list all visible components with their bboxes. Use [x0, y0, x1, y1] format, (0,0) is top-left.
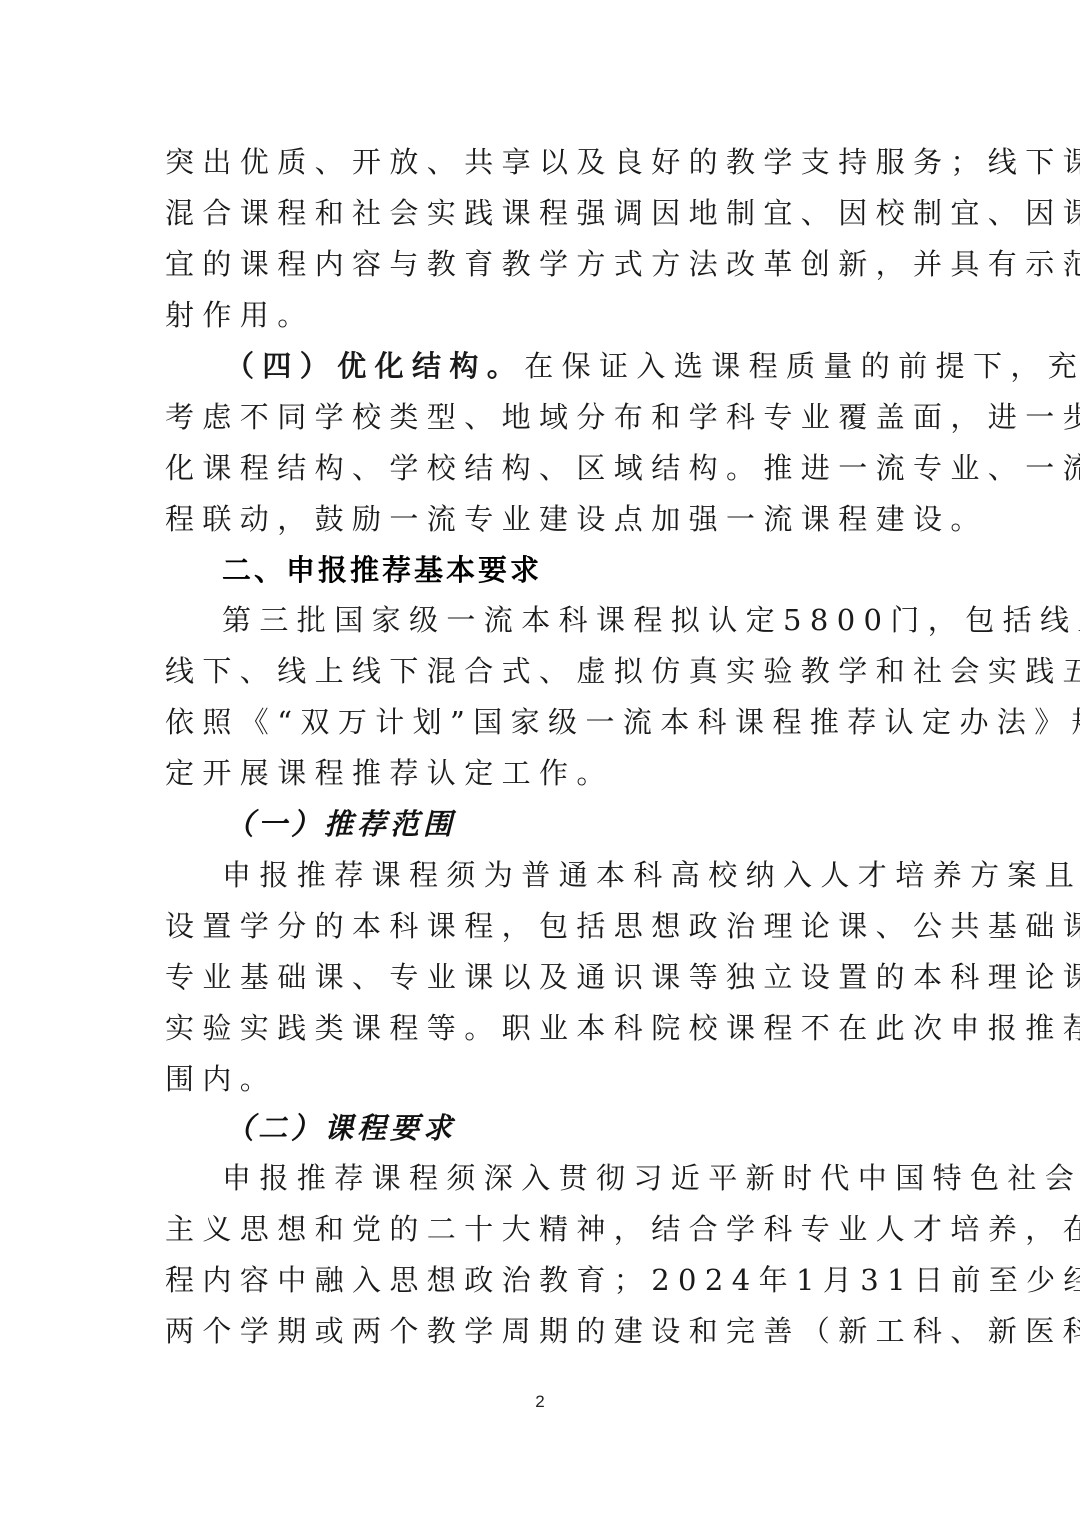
document-page: 突出优质、开放、共享以及良好的教学支持服务；线下课程、 混合课程和社会实践课程强… — [0, 0, 1080, 1527]
paragraph-first-line: （四）优化结构。在保证入选课程质量的前提下，充分 — [225, 346, 985, 386]
paragraph-line: 设置学分的本科课程，包括思想政治理论课、公共基础课、 — [165, 906, 925, 946]
paragraph-line: 依照《“双万计划”国家级一流本科课程推荐认定办法》规 — [165, 702, 925, 742]
paragraph-line: 射作用。 — [165, 295, 925, 335]
paragraph-line: 围内。 — [165, 1059, 925, 1099]
paragraph-line: 主义思想和党的二十大精神，结合学科专业人才培养，在课 — [165, 1209, 925, 1249]
paragraph-line: 突出优质、开放、共享以及良好的教学支持服务；线下课程、 — [165, 142, 925, 182]
page-number: 2 — [0, 1392, 1080, 1412]
paragraph-line: 宜的课程内容与教育教学方式方法改革创新，并具有示范辐 — [165, 244, 925, 284]
paragraph-line: 第三批国家级一流本科课程拟认定5800门，包括线上、 — [222, 600, 925, 640]
item-text: 在保证入选课程质量的前提下，充分 — [524, 349, 1080, 383]
subsection-heading: （二）课程要求 — [225, 1108, 985, 1148]
paragraph-line: 程内容中融入思想政治教育；2024年1月31日前至少经过 — [165, 1260, 925, 1300]
paragraph-line: 混合课程和社会实践课程强调因地制宜、因校制宜、因课制 — [165, 193, 925, 233]
paragraph-line: 申报推荐课程须为普通本科高校纳入人才培养方案且 — [222, 855, 925, 895]
paragraph-line: 两个学期或两个教学周期的建设和完善（新工科、新医科、 — [165, 1311, 925, 1351]
section-heading: 二、申报推荐基本要求 — [222, 550, 982, 590]
paragraph-line: 化课程结构、学校结构、区域结构。推进一流专业、一流课 — [165, 448, 925, 488]
paragraph-line: 专业基础课、专业课以及通识课等独立设置的本科理论课程、 — [165, 957, 925, 997]
item-lead: （四）优化结构。 — [225, 349, 524, 383]
paragraph-line: 考虑不同学校类型、地域分布和学科专业覆盖面，进一步优 — [165, 397, 925, 437]
subsection-heading: （一）推荐范围 — [225, 804, 985, 844]
paragraph-line: 定开展课程推荐认定工作。 — [165, 753, 925, 793]
paragraph-line: 申报推荐课程须深入贯彻习近平新时代中国特色社会 — [222, 1158, 925, 1198]
paragraph-line: 实验实践类课程等。职业本科院校课程不在此次申报推荐范 — [165, 1008, 925, 1048]
paragraph-line: 程联动，鼓励一流专业建设点加强一流课程建设。 — [165, 499, 925, 539]
paragraph-line: 线下、线上线下混合式、虚拟仿真实验教学和社会实践五类， — [165, 651, 925, 691]
